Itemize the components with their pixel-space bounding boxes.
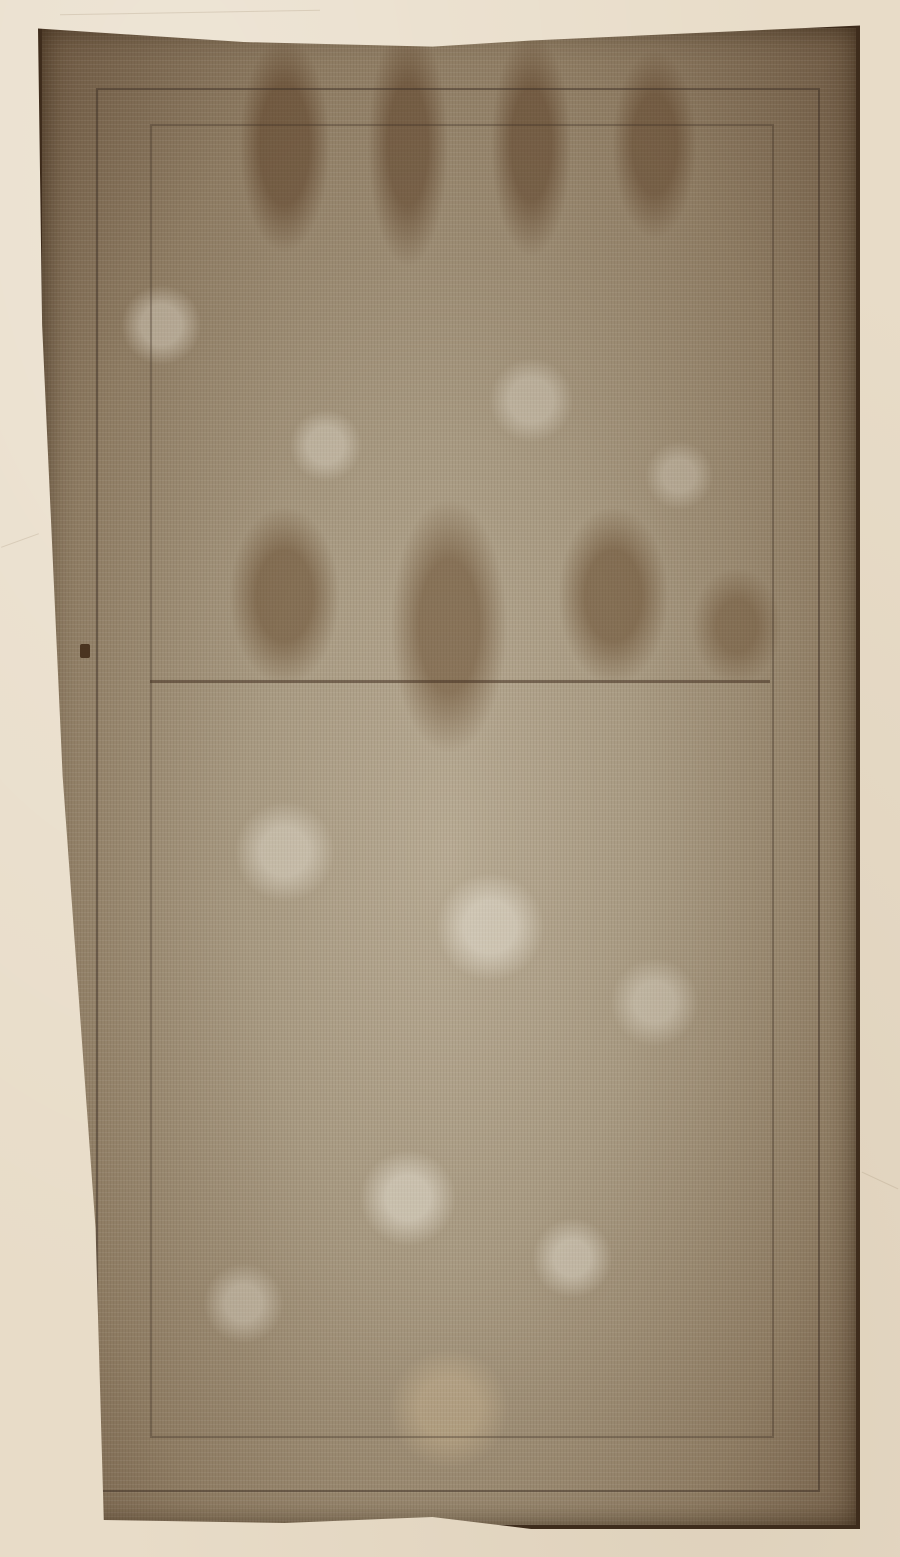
cloth-fold <box>60 10 320 16</box>
rug-damage-spot <box>80 644 90 658</box>
cloth-fold <box>1 533 39 548</box>
rug-inner-border <box>150 124 774 1438</box>
rug-center-divider <box>150 680 770 683</box>
photo-scene <box>0 0 900 1557</box>
rug <box>38 24 860 1529</box>
cloth-fold <box>862 1172 899 1190</box>
